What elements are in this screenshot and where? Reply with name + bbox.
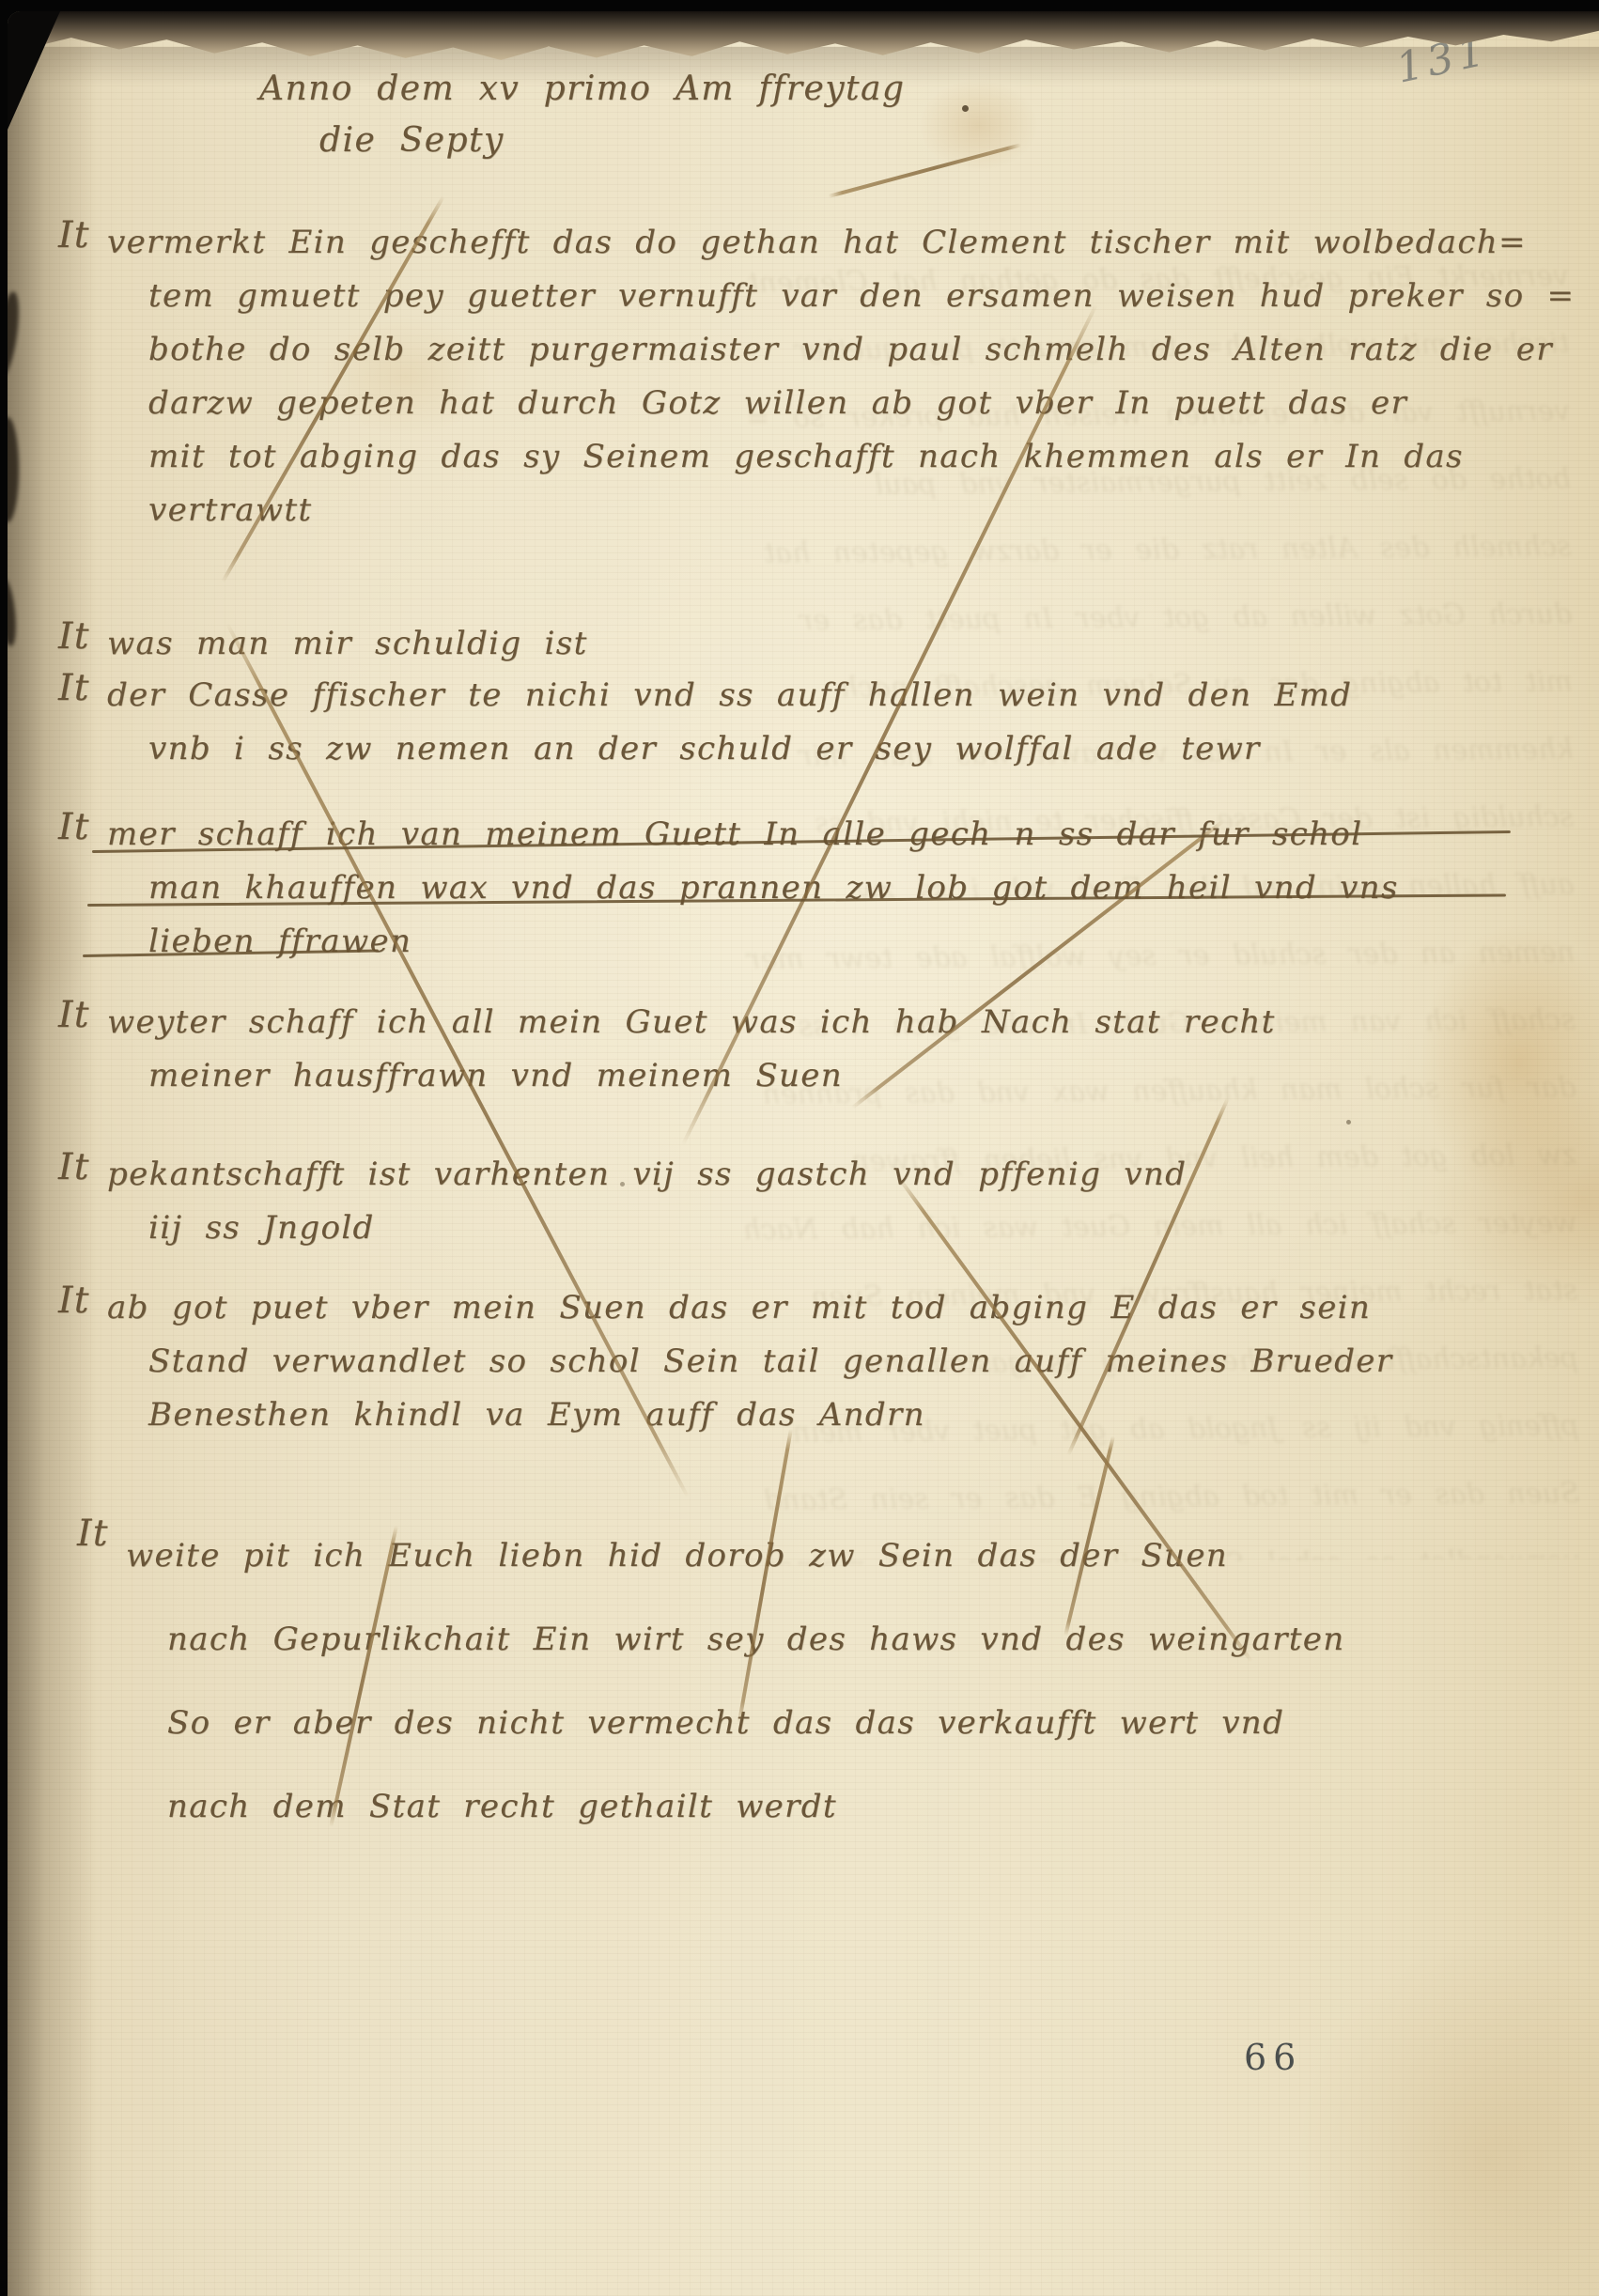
testament-entry-text: Itvermerkt Ein geschefft das do gethan h… [8, 11, 1599, 2296]
manuscript-line: iij ss Jngold [107, 1202, 1575, 1255]
item-marker: It [58, 994, 90, 1036]
manuscript-line: Benesthen khindl va Eym auff das Andrn [107, 1388, 1575, 1442]
item-marker: It [58, 615, 90, 658]
manuscript-line: darzw gepeten hat durch Gotz willen ab g… [107, 377, 1575, 430]
entry-paragraph: Itweyter schaff ich all mein Guet was ic… [107, 996, 1575, 1103]
item-marker: It [58, 806, 90, 848]
manuscript-line: vermerkt Ein geschefft das do gethan hat… [107, 216, 1575, 270]
manuscript-line: weite pit ich Euch liebn hid dorob zw Se… [126, 1514, 1575, 1598]
item-marker: It [58, 1280, 90, 1322]
ink-speck [620, 1182, 625, 1187]
item-marker: It [77, 1513, 109, 1555]
manuscript-line: pekantschafft ist varhenten vij ss gastc… [107, 1148, 1575, 1202]
manuscript-line: man khauffen wax vnd das prannen zw lob … [107, 861, 1575, 915]
entry-paragraph: Itpekantschafft ist varhenten vij ss gas… [107, 1148, 1575, 1255]
manuscript-page: vermerkt Ein geschefft das do gethan hat… [8, 11, 1599, 2296]
manuscript-line: der Casse ffischer te nichi vnd ss auff … [107, 669, 1575, 722]
manuscript-line: vnb i ss zw nemen an der schuld er sey w… [107, 722, 1575, 776]
item-marker: It [58, 214, 90, 256]
manuscript-line: vertrawtt [107, 484, 1575, 537]
manuscript-line: bothe do selb zeitt purgermaister vnd pa… [107, 323, 1575, 377]
entry-paragraph: Itweite pit ich Euch liebn hid dorob zw … [126, 1514, 1575, 1849]
manuscript-line: Stand verwandlet so schol Sein tail gena… [107, 1335, 1575, 1388]
entry-paragraph: Itder Casse ffischer te nichi vnd ss auf… [107, 669, 1575, 776]
entry-paragraph: Itwas man mir schuldig ist [107, 617, 1575, 671]
manuscript-line: weyter schaff ich all mein Guet was ich … [107, 996, 1575, 1049]
photo-background: vermerkt Ein geschefft das do gethan hat… [0, 0, 1599, 2296]
entry-paragraph: Itab got puet vber mein Suen das er mit … [107, 1281, 1575, 1442]
manuscript-line: meiner hausffrawn vnd meinem Suen [107, 1049, 1575, 1103]
deckle-edge-shadow [8, 47, 1599, 86]
entry-paragraph: Itvermerkt Ein geschefft das do gethan h… [107, 216, 1575, 537]
manuscript-line: was man mir schuldig ist [107, 617, 1575, 671]
item-marker: It [58, 1146, 90, 1188]
manuscript-line: lieben ffrawen [107, 915, 1575, 969]
manuscript-line: So er aber des nicht vermecht das das ve… [126, 1682, 1575, 1765]
manuscript-line: mit tot abging das sy Seinem geschafft n… [107, 430, 1575, 484]
ink-speck [962, 105, 969, 112]
manuscript-line: tem gmuett pey guetter vernufft var den … [107, 270, 1575, 323]
item-marker: It [58, 667, 90, 709]
manuscript-line: nach Gepurlikchait Ein wirt sey des haws… [126, 1598, 1575, 1682]
ink-speck [1346, 1120, 1351, 1125]
manuscript-line: ab got puet vber mein Suen das er mit to… [107, 1281, 1575, 1335]
folio-number-stamp: 66 [1244, 2037, 1302, 2078]
